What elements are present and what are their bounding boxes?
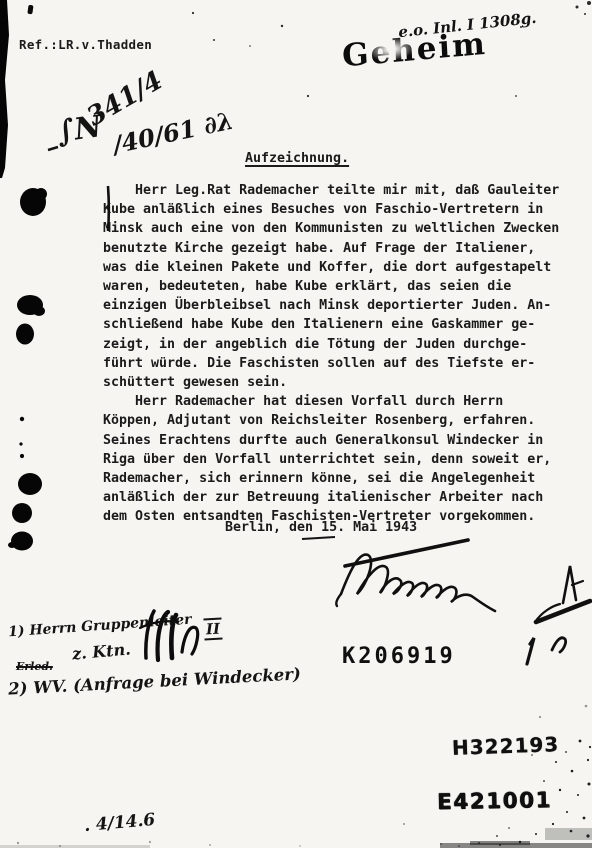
signature-text: Thadden (0, 0, 1, 1)
memo-body: Herr Leg.Rat Rademacher teilte mir mit, … (103, 181, 559, 527)
classification-stamp: Geheim (341, 26, 487, 75)
signature-thadden (336, 540, 495, 611)
page-title: Aufzeichnung. (245, 151, 349, 166)
initials-paraph (527, 566, 590, 664)
serial-stamp-h: H322193 (452, 732, 560, 760)
filing-dash (48, 147, 58, 150)
filing-mark-2: ∫N (55, 109, 104, 150)
serial-stamp-k: K206919 (342, 644, 456, 669)
ink-speck (27, 5, 33, 15)
reference-line: Ref.:LR.v.Thadden (19, 37, 152, 52)
distribution-note-1: 1) Herrn Gruppenleiter (8, 612, 192, 641)
scan-edge-bar (0, 0, 9, 178)
document-page: Ref.:LR.v.Thadden e.o. Inl. I 1308g. Geh… (0, 0, 592, 848)
distribution-note-2: z. Ktn. (71, 639, 131, 663)
ink-blobs (8, 188, 47, 551)
struck-word: Erled. (16, 660, 53, 673)
group-numeral: II (203, 618, 222, 641)
serial-stamp-e: E421001 (437, 788, 552, 815)
mai-underline (302, 537, 335, 539)
archive-page-mark: . 4/14.6 (83, 810, 156, 836)
dateline: Berlin, den 15. Mai 1943 (225, 520, 417, 535)
